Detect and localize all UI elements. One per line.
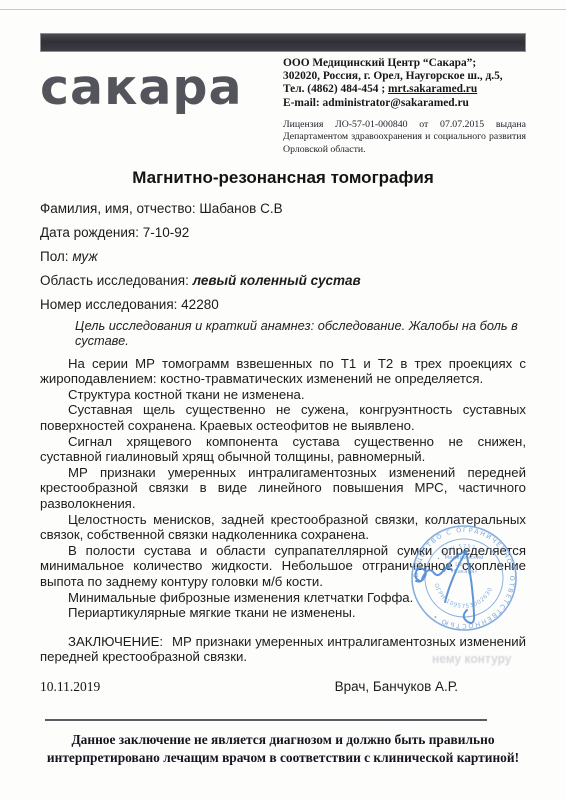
- conclusion-label: ЗАКЛЮЧЕНИЕ:: [68, 634, 163, 649]
- finding-paragraph: В полости сустава и области супрапателля…: [40, 543, 526, 590]
- report-date: 10.11.2019: [40, 679, 100, 695]
- patient-name-label: Фамилия, имя, отчество:: [40, 201, 196, 216]
- study-number-label: Номер исследования:: [40, 297, 177, 312]
- clinic-phone-line: Тел. (4862) 484-454 ; mrt.sakaramed.ru: [283, 83, 526, 96]
- finding-paragraph: На серии МР томограмм взвешенных по Т1 и…: [40, 356, 526, 387]
- signature-row: 10.11.2019 Врач, Банчуков А.Р.: [40, 679, 526, 695]
- patient-sex-row: Пол: муж: [40, 245, 526, 269]
- patient-name-row: Фамилия, имя, отчество: Шабанов С.В: [40, 197, 526, 221]
- footer-block: Данное заключение не является диагнозом …: [0, 719, 566, 766]
- doctor-name: Врач, Банчуков А.Р.: [335, 679, 458, 694]
- study-number-row: Номер исследования: 42280: [40, 293, 526, 317]
- finding-paragraph: Минимальные фиброзные изменения клетчатк…: [40, 590, 526, 606]
- patient-sex-value: муж: [72, 249, 97, 264]
- letterhead: сакара ООО Медицинский Центр “Сакара”; 3…: [40, 57, 526, 157]
- study-purpose-line: Цель исследования и краткий анамнез: обс…: [40, 318, 526, 348]
- finding-paragraph: Структура костной ткани не изменена.: [40, 387, 526, 403]
- findings-section: На серии МР томограмм взвешенных по Т1 и…: [40, 356, 526, 621]
- patient-birthdate-row: Дата рождения: 7-10-92: [40, 221, 526, 245]
- clinic-license: Лицензия ЛО-57-01-000840 от 07.07.2015 в…: [283, 119, 526, 157]
- study-area-row: Область исследования: левый коленный сус…: [40, 269, 526, 293]
- patient-info-block: Фамилия, имя, отчество: Шабанов С.В Дата…: [40, 197, 526, 317]
- clinic-logo: сакара: [40, 59, 283, 117]
- patient-birthdate-value: 7-10-92: [143, 225, 190, 240]
- patient-sex-label: Пол:: [40, 249, 69, 264]
- patient-birthdate-label: Дата рождения:: [40, 225, 139, 240]
- clinic-contacts: ООО Медицинский Центр “Сакара”; 302020, …: [283, 57, 526, 110]
- header-divider-bar: [40, 33, 526, 52]
- finding-paragraph: Периартикулярные мягкие ткани не изменен…: [40, 605, 526, 621]
- finding-paragraph: МР признаки умеренных интралигаментозных…: [40, 465, 526, 512]
- study-area-label: Область исследования:: [40, 273, 189, 288]
- finding-paragraph: Суставная щель существенно не сужена, ко…: [40, 402, 526, 433]
- clinic-phone: Тел. (4862) 484-454 ;: [283, 83, 388, 95]
- scanned-mri-report-page: сакара ООО Медицинский Центр “Сакара”; 3…: [0, 0, 566, 800]
- document-title: Магнитно-резонансная томография: [40, 168, 526, 188]
- clinic-website: mrt.sakaramed.ru: [388, 83, 477, 95]
- footer-disclaimer: Данное заключение не является диагнозом …: [43, 731, 523, 766]
- patient-name-value: Шабанов С.В: [199, 201, 282, 216]
- finding-paragraph: Целостность менисков, задней крестообраз…: [40, 512, 526, 543]
- clinic-address: 302020, Россия, г. Орел, Наугорское ш., …: [283, 70, 526, 83]
- study-number-value: 42280: [181, 297, 219, 312]
- scan-bleed-artifact: нему контуру: [432, 652, 562, 667]
- finding-paragraph: Сигнал хрящевого компонента сустава суще…: [40, 434, 526, 465]
- study-area-value: левый коленный сустав: [193, 273, 361, 288]
- clinic-email: E-mail: administrator@sakaramed.ru: [283, 97, 526, 110]
- clinic-org-name: ООО Медицинский Центр “Сакара”;: [283, 57, 526, 70]
- footer-divider-line: [45, 719, 487, 721]
